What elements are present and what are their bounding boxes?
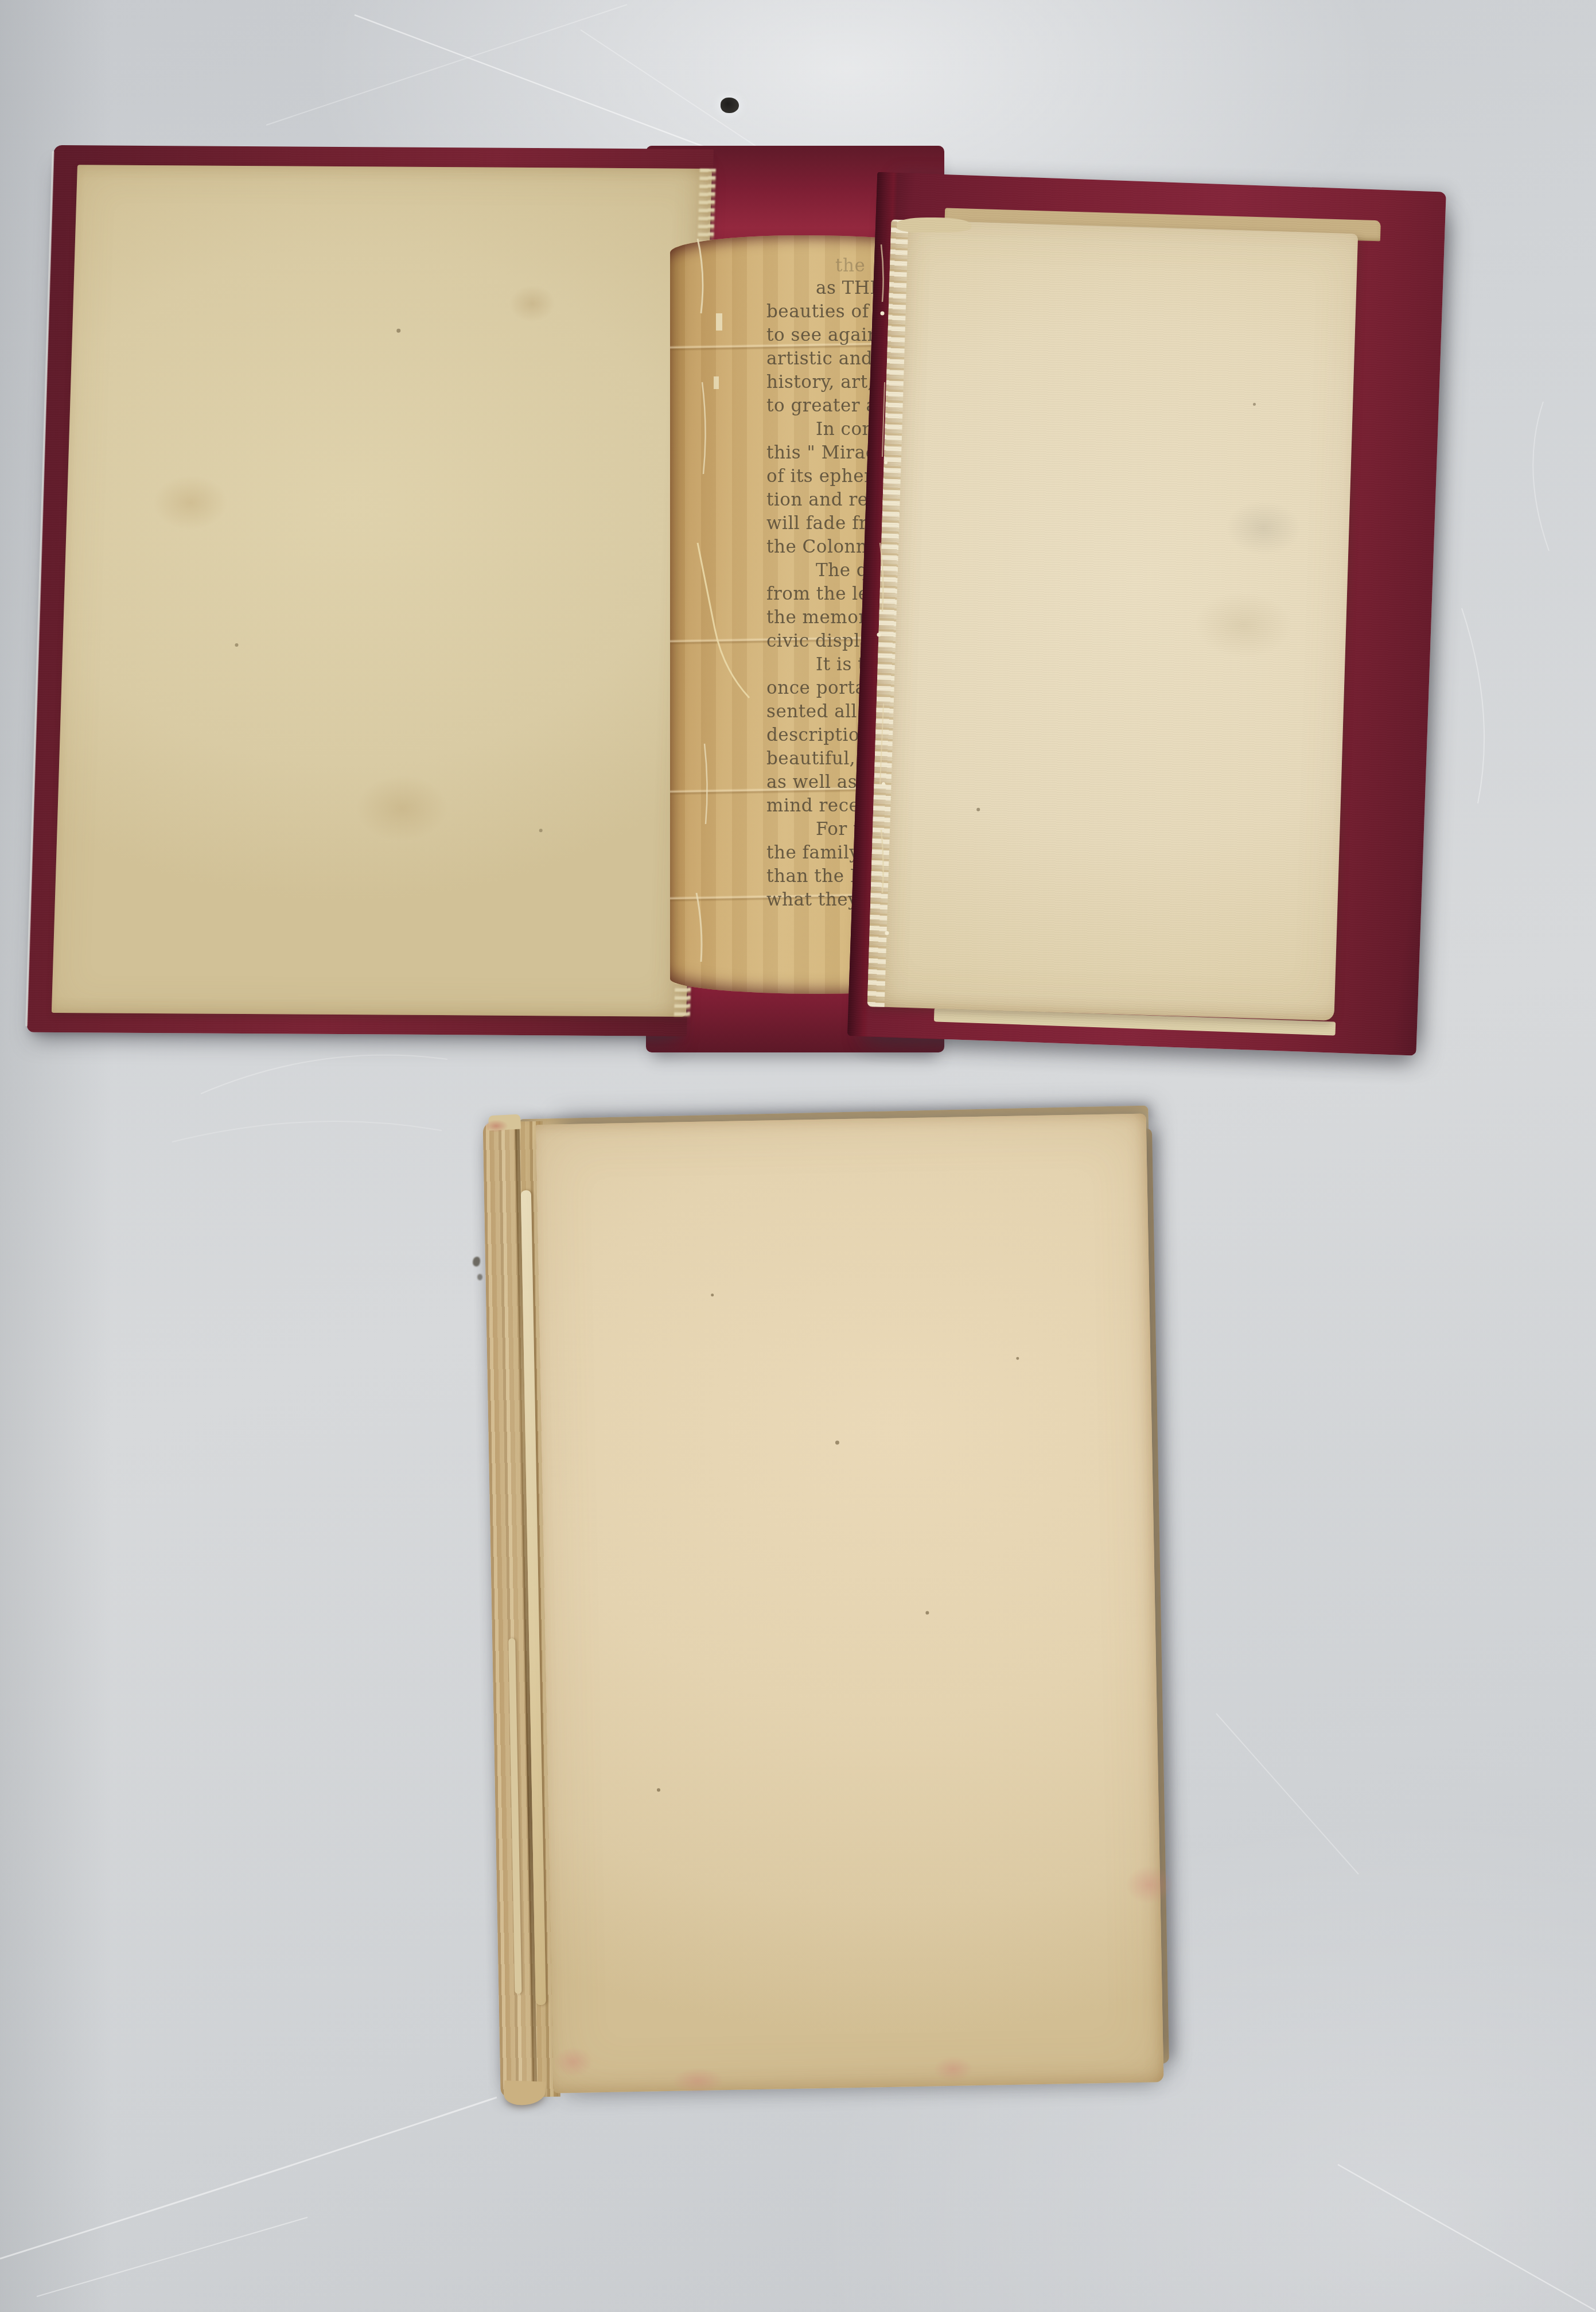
paper-stain (153, 475, 229, 530)
foxing-speck (925, 1611, 929, 1615)
text-block-book (482, 1105, 1177, 2100)
under-page-edge (944, 208, 1381, 241)
torn-spine-strip (508, 1638, 521, 1994)
pink-stain (925, 2051, 980, 2088)
foxing-speck (711, 1293, 714, 1296)
open-book: the as THE beauties of w to see again. a… (49, 141, 1447, 1062)
front-blank-page (536, 1113, 1164, 2093)
photo-surface: the as THE beauties of w to see again. a… (0, 0, 1596, 2312)
foxing-speck (835, 1440, 839, 1444)
foxing-speck (1016, 1357, 1019, 1360)
paper-stain (355, 775, 449, 841)
paper-stain (509, 285, 556, 322)
pink-stain (1116, 1858, 1183, 1912)
foxing-speck (657, 1788, 660, 1792)
foxing-speck (539, 829, 543, 832)
foxing-speck (1253, 403, 1256, 406)
small-debris-speck (477, 1274, 482, 1280)
red-cover-remnant (484, 1120, 508, 1133)
under-page-edge (934, 1008, 1336, 1035)
open-book-left-cover (27, 145, 714, 1036)
loose-binding-threads (612, 141, 979, 1062)
black-speck (721, 98, 739, 113)
foxing-speck (396, 329, 400, 333)
paper-smudge (1225, 500, 1302, 557)
paper-smudge (1194, 590, 1293, 659)
pink-stain (546, 2041, 601, 2083)
foxing-speck (235, 643, 238, 647)
pink-stain (662, 2062, 734, 2099)
